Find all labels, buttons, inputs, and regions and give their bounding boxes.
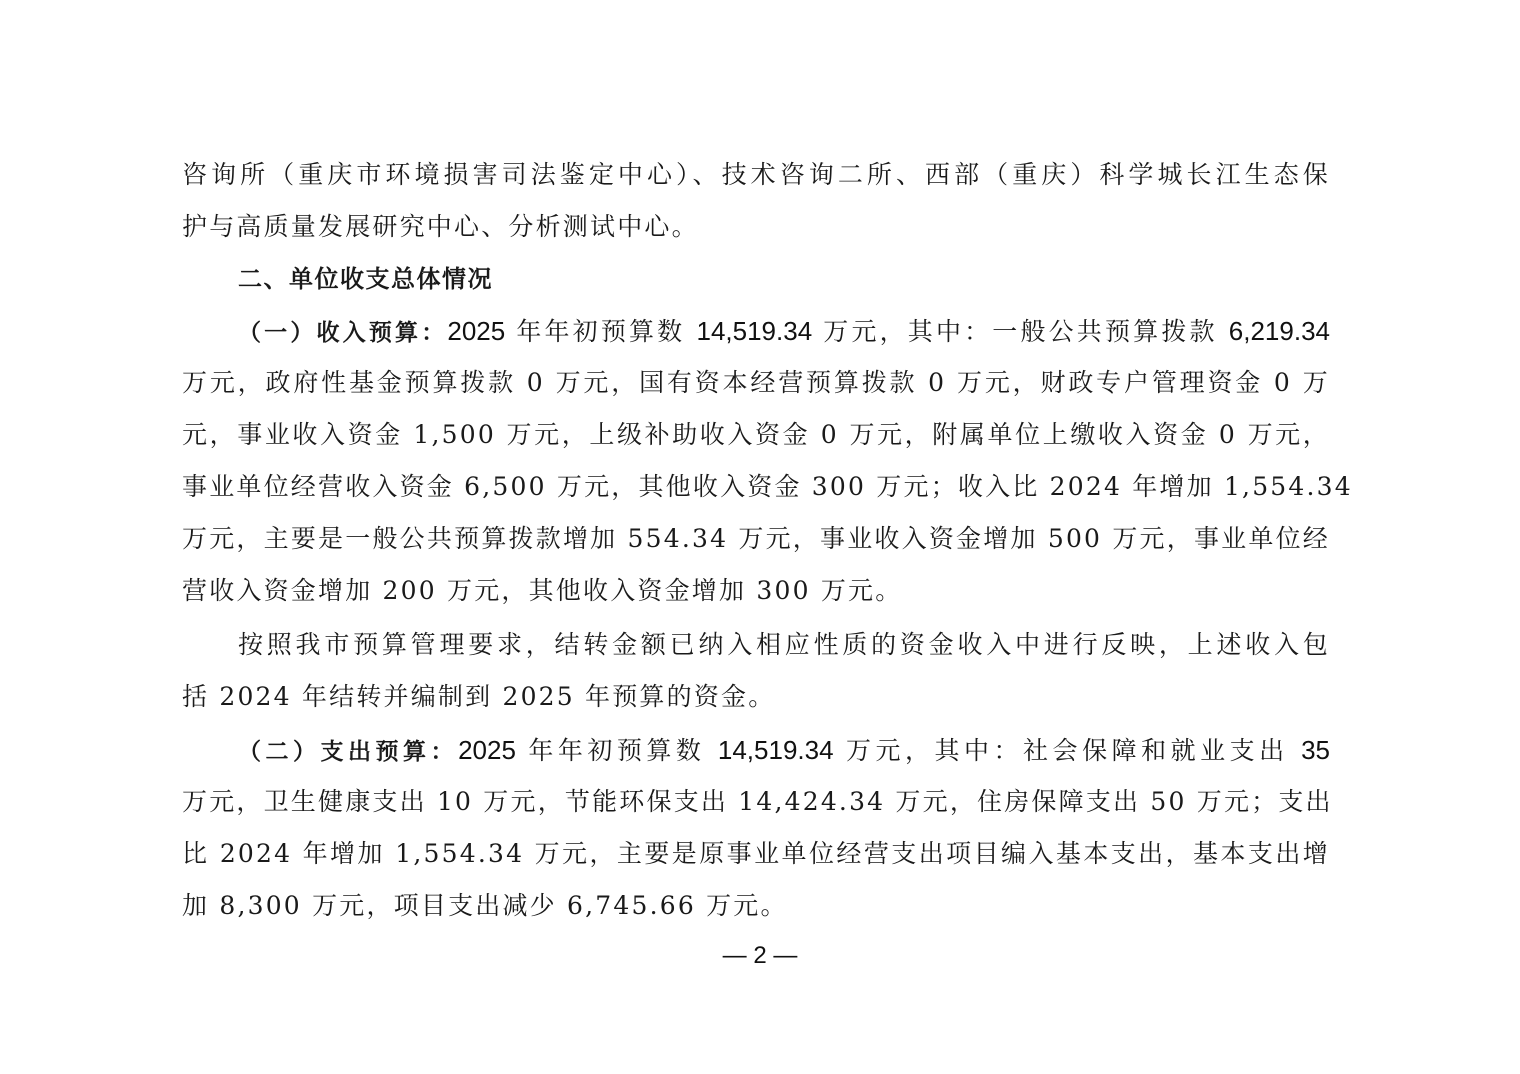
carryover-paragraph-line-2: 括 2024 年结转并编制到 2025 年预算的资金。	[182, 677, 1330, 717]
income-paragraph-line-1: （一）收入预算：2025 年年初预算数 14,519.34 万元，其中：一般公共…	[238, 311, 1330, 351]
expense-paragraph-line-4: 加 8,300 万元，项目支出减少 6,745.66 万元。	[182, 886, 1330, 926]
income-label: （一）收入预算：	[238, 320, 447, 346]
carryover-paragraph-line-1: 按照我市预算管理要求，结转金额已纳入相应性质的资金收入中进行反映，上述收入包	[238, 625, 1330, 665]
paragraph-line-1: 咨询所（重庆市环境损害司法鉴定中心）、技术咨询二所、西部（重庆）科学城长江生态保	[182, 155, 1330, 195]
expense-total: 14,519.34	[718, 735, 834, 765]
income-total: 14,519.34	[696, 316, 812, 346]
section-heading: 二、单位收支总体情况	[238, 259, 493, 299]
income-paragraph-line-3: 元，事业收入资金 1,500 万元，上级补助收入资金 0 万元，附属单位上缴收入…	[182, 415, 1330, 455]
document-page: 咨询所（重庆市环境损害司法鉴定中心）、技术咨询二所、西部（重庆）科学城长江生态保…	[0, 0, 1520, 1074]
expense-paragraph-line-2: 万元，卫生健康支出 10 万元，节能环保支出 14,424.34 万元，住房保障…	[182, 782, 1330, 822]
income-paragraph-line-5: 万元，主要是一般公共预算拨款增加 554.34 万元，事业收入资金增加 500 …	[182, 519, 1330, 559]
income-year: 2025	[447, 316, 505, 346]
paragraph-line-2: 护与高质量发展研究中心、分析测试中心。	[182, 207, 1330, 247]
expense-label: （二）支出预算：	[238, 739, 458, 765]
page-number: — 2 —	[0, 942, 1520, 970]
social-security-expense: 35	[1301, 735, 1330, 765]
general-public-budget: 6,219.34	[1229, 316, 1330, 346]
income-paragraph-line-2: 万元，政府性基金预算拨款 0 万元，国有资本经营预算拨款 0 万元，财政专户管理…	[182, 363, 1330, 403]
income-paragraph-line-6: 营收入资金增加 200 万元，其他收入资金增加 300 万元。	[182, 571, 1330, 611]
income-paragraph-line-4: 事业单位经营收入资金 6,500 万元，其他收入资金 300 万元；收入比 20…	[182, 467, 1330, 507]
expense-paragraph-line-3: 比 2024 年增加 1,554.34 万元，主要是原事业单位经营支出项目编入基…	[182, 834, 1330, 874]
expense-paragraph-line-1: （二）支出预算：2025 年年初预算数 14,519.34 万元，其中：社会保障…	[238, 730, 1330, 770]
